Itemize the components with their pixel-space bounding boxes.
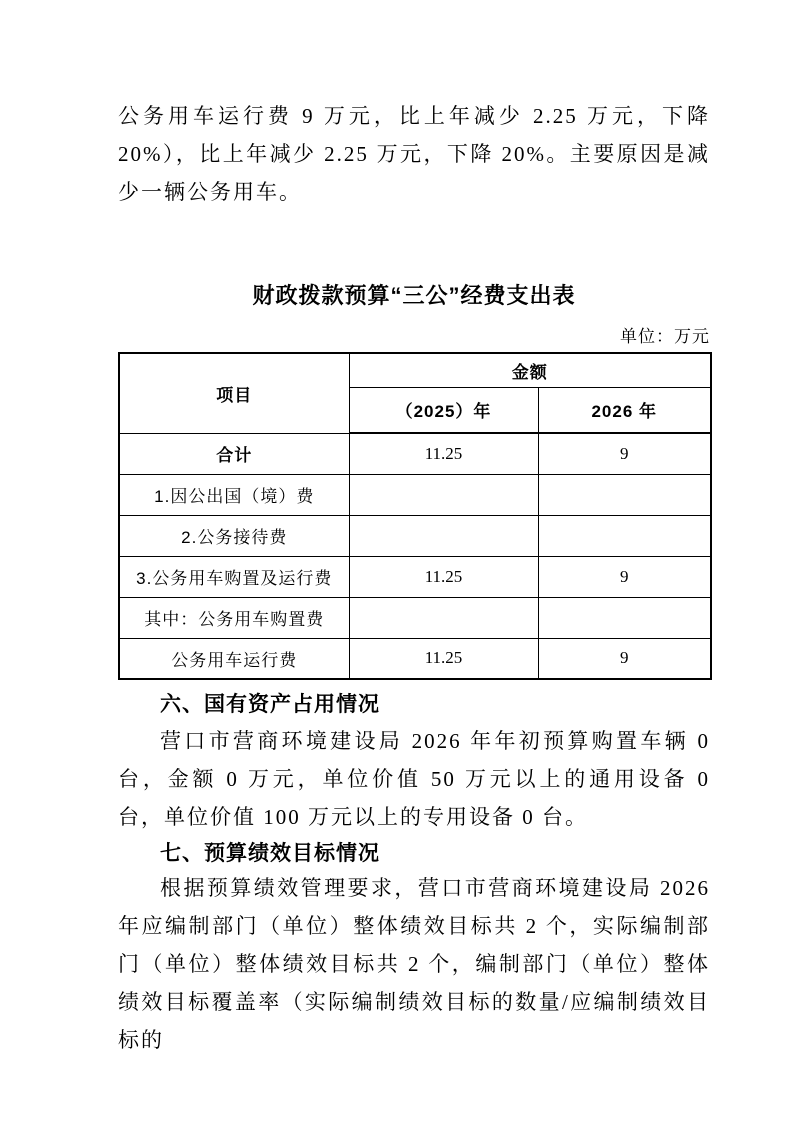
header-cell-item: 项目	[119, 353, 349, 433]
value-reception-2025	[349, 515, 538, 556]
row-label-vehicle-operation: 公务用车运行费	[119, 638, 349, 679]
section-7-paragraph: 根据预算绩效管理要求，营口市营商环境建设局 2026 年应编制部门（单位）整体绩…	[118, 869, 710, 1059]
value-abroad-2026	[538, 474, 711, 515]
table-row-vehicle-total: 3.公务用车购置及运行费 11.25 9	[119, 556, 711, 597]
expense-table: 项目 金额 （2025）年 2026 年 合计 11.25 9 1.因公出国（境…	[118, 352, 712, 680]
header-cell-amount: 金额	[349, 353, 711, 387]
value-abroad-2025	[349, 474, 538, 515]
value-reception-2026	[538, 515, 711, 556]
value-vehicle-purchase-2026	[538, 597, 711, 638]
header-cell-year-2025: （2025）年	[349, 387, 538, 433]
section-7-heading: 七、预算绩效目标情况	[118, 837, 710, 867]
value-vehicle-purchase-2025	[349, 597, 538, 638]
section-6-heading: 六、国有资产占用情况	[118, 688, 710, 718]
value-vehicle-total-2026: 9	[538, 556, 711, 597]
unit-label: 单位：万元	[118, 322, 710, 347]
value-vehicle-total-2025: 11.25	[349, 556, 538, 597]
table-header-row-1: 项目 金额	[119, 353, 711, 387]
table-row-total: 合计 11.25 9	[119, 433, 711, 474]
table-title: 财政拨款预算“三公”经费支出表	[118, 279, 710, 310]
row-label-vehicle-purchase: 其中：公务用车购置费	[119, 597, 349, 638]
row-label-total: 合计	[119, 433, 349, 474]
value-vehicle-operation-2026: 9	[538, 638, 711, 679]
value-total-2025: 11.25	[349, 433, 538, 474]
row-label-abroad-fee: 1.因公出国（境）费	[119, 474, 349, 515]
row-label-reception-fee: 2.公务接待费	[119, 515, 349, 556]
table-row-abroad-fee: 1.因公出国（境）费	[119, 474, 711, 515]
table-row-vehicle-operation: 公务用车运行费 11.25 9	[119, 638, 711, 679]
table-row-vehicle-purchase: 其中：公务用车购置费	[119, 597, 711, 638]
value-vehicle-operation-2025: 11.25	[349, 638, 538, 679]
section-6-paragraph: 营口市营商环境建设局 2026 年年初预算购置车辆 0 台，金额 0 万元，单位…	[118, 722, 710, 836]
table-row-reception-fee: 2.公务接待费	[119, 515, 711, 556]
document-page: 公务用车运行费 9 万元，比上年减少 2.25 万元，下降 20%），比上年减少…	[0, 0, 793, 1122]
intro-paragraph: 公务用车运行费 9 万元，比上年减少 2.25 万元，下降 20%），比上年减少…	[118, 97, 710, 211]
row-label-vehicle-total: 3.公务用车购置及运行费	[119, 556, 349, 597]
header-cell-year-2026: 2026 年	[538, 387, 711, 433]
value-total-2026: 9	[538, 433, 711, 474]
